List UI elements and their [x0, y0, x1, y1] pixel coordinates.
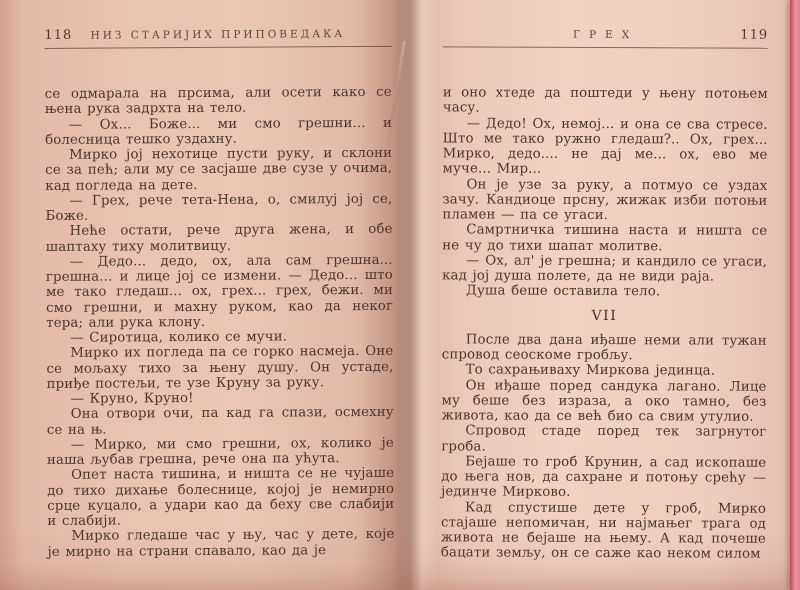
paragraph: Мирко гледаше час у њу, час у дете, које… [47, 527, 394, 560]
paragraph: После два дана иђаше неми али тужан спро… [442, 332, 767, 364]
right-page-body: и оно хтеде да поштеди у њену потоњем ча… [441, 85, 768, 562]
paragraph: Он је узе за руку, а потмуо се уздах зач… [442, 177, 767, 224]
paragraph: То сахрањиваху Миркова јединца. [442, 363, 767, 380]
left-page-number: 118 [44, 28, 74, 43]
paragraph: — Мирко, ми смо грешни, ох, колико је на… [47, 436, 394, 469]
paragraph: Неће остати, рече друга жена, и обе шапт… [46, 222, 393, 255]
left-page: 118 НИЗ СТАРИЈИХ ПРИПОВЕДАКА се одмарала… [0, 0, 398, 590]
paragraph: се одмарала на прсима, али осети како се… [45, 85, 392, 118]
paragraph: Мирко јој нехотице пусти руку, и склони … [45, 146, 392, 194]
paragraph: — Грех, рече тета-Нена, о, смилуј јој се… [45, 192, 392, 225]
paragraph: — Дедо! Ох, немој... и она се сва стресе… [443, 116, 768, 178]
paragraph: Бејаше то гроб Крунин, а сад ископаше до… [441, 454, 766, 501]
paragraph: Спровод стаде поред тек загрнутог гроба. [441, 424, 766, 456]
paragraph: Опет наста тишина, и ништа се не чујаше … [47, 466, 394, 529]
left-page-header: 118 НИЗ СТАРИЈИХ ПРИПОВЕДАКА [44, 26, 391, 49]
paragraph: Самртничка тишина наста и ништа се не чу… [442, 223, 767, 255]
paragraph: — Дедо... дедо, ох, ала сам грешна... гр… [46, 253, 393, 331]
right-page-header: ГРЕХ 119 [443, 26, 768, 48]
right-page-text-top: и оно хтеде да поштеди у њену потоњем ча… [442, 85, 768, 300]
left-page-body: се одмарала на прсима, али осети како се… [45, 85, 395, 560]
paragraph: Кад спустише дете у гроб, Мирко стајаше … [441, 500, 766, 562]
chapter-heading: VII [442, 308, 767, 325]
paragraph: и оно хтеде да поштеди у њену потоњем ча… [443, 85, 768, 117]
paragraph: Мирко их погледа па се горко насмеја. Он… [46, 344, 393, 392]
paragraph: Он иђаше поред сандука лагано. Лице му б… [441, 378, 766, 425]
book-spread: 118 НИЗ СТАРИЈИХ ПРИПОВЕДАКА се одмарала… [0, 0, 800, 590]
right-running-head: ГРЕХ [473, 28, 738, 41]
left-running-head: НИЗ СТАРИЈИХ ПРИПОВЕДАКА [74, 28, 361, 42]
right-page-number: 119 [738, 28, 768, 43]
paragraph: — Ох... Боже... ми смо грешни... и болес… [45, 115, 392, 148]
paragraph: Душа беше оставила тело. [442, 284, 767, 301]
book-cover-edge [790, 0, 800, 590]
paragraph: Она отвори очи, па кад га спази, осмехну… [47, 405, 394, 438]
right-page-text-bottom: После два дана иђаше неми али тужан спро… [441, 332, 767, 562]
paragraph: — Ох, ал' је грешна; и кандило се угаси,… [442, 253, 767, 285]
right-page: ГРЕХ 119 и оно хтеде да поштеди у њену п… [398, 0, 800, 590]
